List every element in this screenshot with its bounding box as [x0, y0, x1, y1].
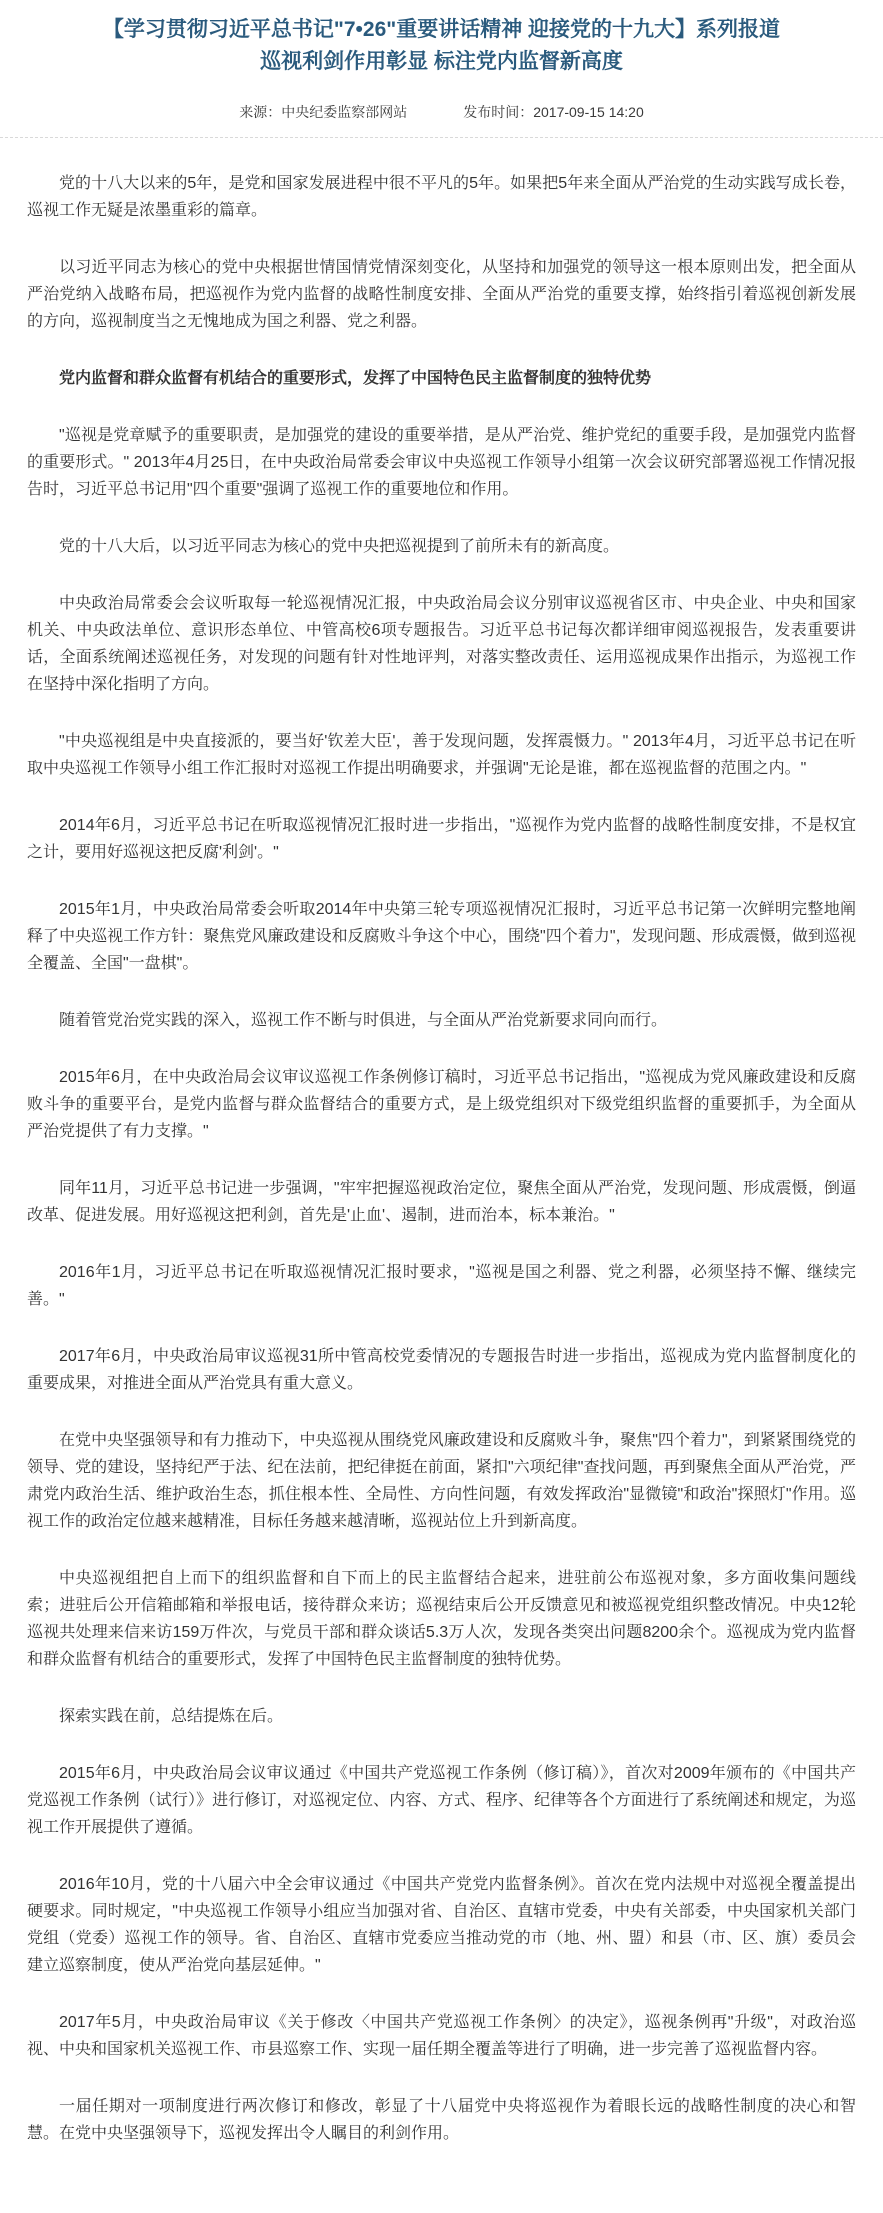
article-paragraph: 2015年6月，中央政治局会议审议通过《中国共产党巡视工作条例（修订稿）》，首次…: [27, 1760, 856, 1841]
article-paragraph: 党的十八大后，以习近平同志为核心的党中央把巡视提到了前所未有的新高度。: [27, 533, 856, 560]
article-paragraph: 2014年6月，习近平总书记在听取巡视情况汇报时进一步指出，"巡视作为党内监督的…: [27, 812, 856, 866]
article-meta: 来源：中央纪委监察部网站 发布时间：2017-09-15 14:20: [0, 102, 883, 122]
article-paragraph: 2016年1月，习近平总书记在听取巡视情况汇报时要求，"巡视是国之利器、党之利器…: [27, 1259, 856, 1313]
article-paragraph: 党的十八大以来的5年，是党和国家发展进程中很不平凡的5年。如果把5年来全面从严治…: [27, 170, 856, 224]
article-paragraph: 同年11月，习近平总书记进一步强调，"牢牢把握巡视政治定位，聚焦全面从严治党，发…: [27, 1175, 856, 1229]
article-paragraph: 2015年1月，中央政治局常委会听取2014年中央第三轮专项巡视情况汇报时，习近…: [27, 896, 856, 977]
article-paragraph: "巡视是党章赋予的重要职责，是加强党的建设的重要举措，是从严治党、维护党纪的重要…: [27, 422, 856, 503]
section-subheading: 党内监督和群众监督有机结合的重要形式，发挥了中国特色民主监督制度的独特优势: [27, 365, 856, 392]
article-paragraph: 2016年10月，党的十八届六中全会审议通过《中国共产党党内监督条例》。首次在党…: [27, 1871, 856, 1979]
article-paragraph: 2017年5月，中央政治局审议《关于修改〈中国共产党巡视工作条例〉的决定》，巡视…: [27, 2009, 856, 2063]
series-title: 【学习贯彻习近平总书记"7•26"重要讲话精神 迎接党的十九大】系列报道: [0, 14, 883, 46]
article-paragraph: 中央巡视组把自上而下的组织监督和自下而上的民主监督结合起来，进驻前公布巡视对象，…: [27, 1565, 856, 1673]
article-paragraph: 中央政治局常委会会议听取每一轮巡视情况汇报，中央政治局会议分别审议巡视省区市、中…: [27, 590, 856, 698]
article-paragraph: 在党中央坚强领导和有力推动下，中央巡视从围绕党风廉政建设和反腐败斗争，聚焦"四个…: [27, 1427, 856, 1535]
article-paragraph: 2015年6月，在中央政治局会议审议巡视工作条例修订稿时，习近平总书记指出，"巡…: [27, 1064, 856, 1145]
article-paragraph: 以习近平同志为核心的党中央根据世情国情党情深刻变化，从坚持和加强党的领导这一根本…: [27, 254, 856, 335]
article-paragraph: 随着管党治党实践的深入，巡视工作不断与时俱进，与全面从严治党新要求同向而行。: [27, 1007, 856, 1034]
article-paragraph: 一届任期对一项制度进行两次修订和修改，彰显了十八届党中央将巡视作为着眼长远的战略…: [27, 2093, 856, 2147]
article-body: 党的十八大以来的5年，是党和国家发展进程中很不平凡的5年。如果把5年来全面从严治…: [0, 138, 883, 2181]
article-paragraph: "中央巡视组是中央直接派的，要当好'钦差大臣'，善于发现问题，发挥震慑力。" 2…: [27, 728, 856, 782]
publish-time-label: 发布时间：2017-09-15 14:20: [463, 102, 644, 122]
article-page: 【学习贯彻习近平总书记"7•26"重要讲话精神 迎接党的十九大】系列报道 巡视利…: [0, 0, 883, 2181]
article-header: 【学习贯彻习近平总书记"7•26"重要讲话精神 迎接党的十九大】系列报道 巡视利…: [0, 0, 883, 122]
page-title: 巡视利剑作用彰显 标注党内监督新高度: [0, 46, 883, 78]
article-paragraph: 探索实践在前，总结提炼在后。: [27, 1703, 856, 1730]
source-label: 来源：中央纪委监察部网站: [239, 102, 407, 122]
article-paragraph: 2017年6月，中央政治局审议巡视31所中管高校党委情况的专题报告时进一步指出，…: [27, 1343, 856, 1397]
